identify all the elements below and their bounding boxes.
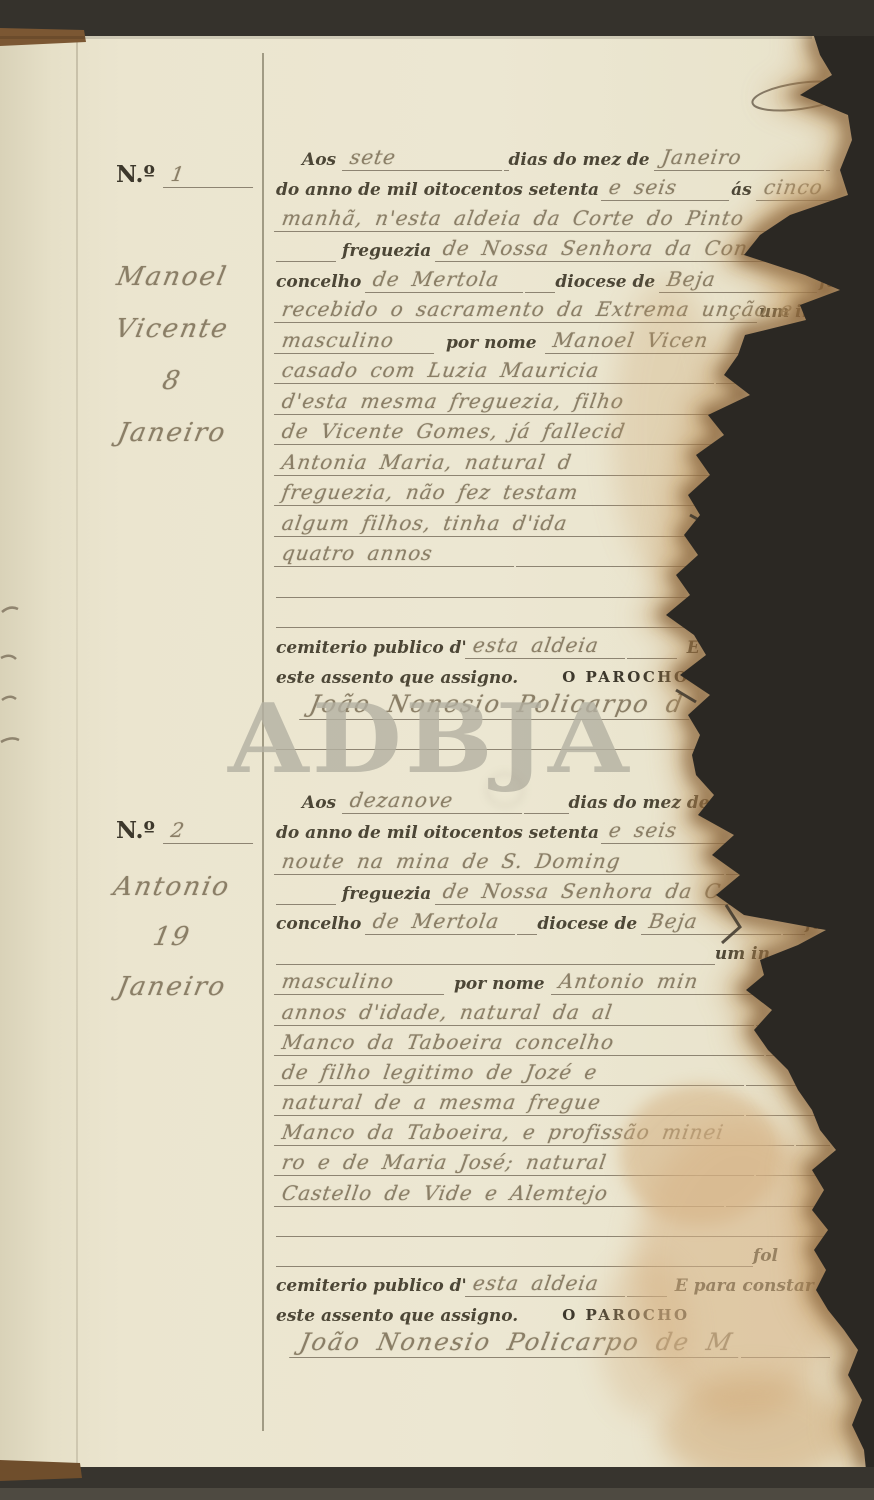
ruled-fill-line bbox=[716, 535, 830, 537]
margin-annotation-line: Antonio bbox=[75, 872, 265, 922]
record-line: algum filhos, tinha d'ida bbox=[276, 506, 830, 537]
handwritten-text: Manco da Taboeira concelho bbox=[274, 1030, 768, 1056]
handwritten-text: algum filhos, tinha d'ida bbox=[274, 511, 718, 537]
handwritten-text: manhã, n'esta aldeia da Corte do Pinto bbox=[274, 206, 808, 232]
handwritten-text: de Mertola bbox=[365, 909, 519, 935]
printed-form-text: um in bbox=[715, 944, 770, 965]
record-number-value: 2 bbox=[163, 818, 257, 844]
handwritten-text: de Nossa Senhora da Conceição bbox=[435, 236, 839, 262]
handwritten-text: annos d'idade, natural da al bbox=[274, 1000, 758, 1026]
scanned-register-page: N.º1ManoelVicente8Janeiro Aossetedias do… bbox=[0, 0, 874, 1500]
record-line: de filho legitimo de Jozé e bbox=[276, 1056, 830, 1086]
ruled-fill-line bbox=[627, 657, 677, 659]
handwritten-text: Manoel Vicen bbox=[545, 328, 809, 354]
margin-annotation-line: 19 bbox=[75, 922, 265, 972]
record-line: casado com Luzia Mauricia bbox=[276, 354, 830, 385]
ruled-fill-line bbox=[806, 230, 830, 232]
margin-annotation-line: Janeiro bbox=[75, 418, 265, 470]
record-line bbox=[276, 567, 830, 598]
ruled-fill-line bbox=[803, 993, 830, 995]
ruled-fill-line bbox=[746, 1084, 830, 1086]
printed-form-text: fol bbox=[753, 1246, 778, 1267]
scan-edge-texture bbox=[0, 1488, 874, 1500]
handwritten-text: freguezia, não fez testam bbox=[274, 480, 718, 506]
ruled-fill-line bbox=[692, 718, 830, 720]
record-1-body: Aossetedias do mez deJaneirodo anno de m… bbox=[276, 140, 830, 750]
ruled-fill-line bbox=[826, 169, 830, 171]
printed-form-text: do anno de mil oitocentos setenta bbox=[276, 180, 599, 201]
handwritten-text: de filho legitimo de Jozé e bbox=[274, 1060, 748, 1086]
record-line: do anno de mil oitocentos setentae seisá… bbox=[276, 814, 830, 844]
record-line: quatro annos bbox=[276, 537, 830, 568]
margin-column-record-2: N.º2Antonio19Janeiro bbox=[80, 808, 260, 1022]
ruled-fill-line bbox=[516, 565, 830, 567]
ruled-fill-line bbox=[276, 748, 830, 750]
record-line: cemiterio publico d'esta aldeiaE para bbox=[276, 628, 830, 659]
numero-label: N.º bbox=[116, 161, 155, 188]
printed-form-text: ás bbox=[763, 823, 784, 844]
printed-form-text: este assento que assigno. bbox=[276, 1306, 518, 1327]
ruled-fill-line bbox=[524, 812, 568, 814]
printed-form-text: concelho bbox=[276, 914, 361, 935]
printed-form-text: E para constar lavre bbox=[675, 1276, 867, 1297]
ruled-fill-line bbox=[807, 352, 830, 354]
record-line: fregueziade Nossa Senhora da Conceiç bbox=[276, 875, 830, 905]
printed-form-text: por nome bbox=[446, 333, 537, 354]
printed-form-text: freguezia bbox=[342, 241, 431, 262]
handwritten-text: Antonio min bbox=[551, 969, 805, 995]
margin-annotation-line: Vicente bbox=[75, 314, 265, 366]
record-line: fregueziade Nossa Senhora da Conceição bbox=[276, 232, 830, 263]
handwritten-text: quatro annos bbox=[274, 541, 518, 567]
ruled-fill-line bbox=[517, 933, 537, 935]
ruled-fill-line bbox=[786, 812, 830, 814]
handwritten-text: de Mertola bbox=[365, 267, 527, 293]
handwritten-text: cinco bbox=[756, 175, 874, 201]
record-line: um in bbox=[276, 935, 830, 965]
ruled-fill-line bbox=[525, 291, 555, 293]
record-line: masculinopor nomeManoel Vicen bbox=[276, 323, 830, 354]
numero-label: N.º bbox=[116, 817, 155, 844]
ruled-fill-line bbox=[716, 504, 830, 506]
handwritten-text: esta aldeia bbox=[465, 1271, 629, 1297]
handwritten-text: Beja bbox=[659, 267, 821, 293]
ruled-fill-line bbox=[276, 1265, 753, 1267]
printed-form-text: cemiterio publico d' bbox=[276, 638, 467, 659]
ruled-fill-line bbox=[756, 1174, 830, 1176]
margin-annotation-line: 8 bbox=[75, 366, 265, 418]
ruled-fill-line bbox=[276, 963, 715, 965]
record-2-body: Aosdezanovedias do mez deJado anno de mi… bbox=[276, 784, 830, 1358]
record-line: de Vicente Gomes, já fallecid bbox=[276, 415, 830, 446]
scan-background-bottom bbox=[0, 1467, 874, 1500]
handwritten-text: casado com Luzia Mauricia bbox=[274, 358, 718, 384]
ruled-fill-line bbox=[726, 413, 830, 415]
ruled-fill-line bbox=[726, 443, 830, 445]
printed-form-text: fal bbox=[805, 914, 830, 935]
margin-annotation: ManoelVicente8Janeiro bbox=[80, 262, 260, 470]
record-line: d'esta mesma freguezia, filho bbox=[276, 384, 830, 415]
printed-form-text: ás bbox=[731, 180, 752, 201]
record-line: do anno de mil oitocentos setentae seisá… bbox=[276, 171, 830, 202]
ruled-fill-line bbox=[746, 1114, 830, 1116]
record-line: ro e de Maria José; natural bbox=[276, 1146, 830, 1176]
printed-form-text: fall bbox=[819, 272, 850, 293]
record-line bbox=[276, 598, 830, 629]
ruled-fill-line bbox=[276, 1235, 830, 1237]
margin-annotation-line: Janeiro bbox=[75, 972, 265, 1022]
printed-form-text: diocese de bbox=[555, 272, 655, 293]
record-line: masculinopor nomeAntonio min bbox=[276, 965, 830, 995]
record-line: Castello de Vide e Alemtejo bbox=[276, 1176, 830, 1206]
ruled-fill-line bbox=[716, 474, 830, 476]
record-line: este assento que assigno.O PAROCHO bbox=[276, 1297, 830, 1327]
record-line: João Nonesio Policarpo d bbox=[276, 689, 830, 720]
handwritten-text: Castello de Vide e Alemtejo bbox=[274, 1181, 728, 1207]
ruled-fill-line bbox=[741, 1356, 830, 1358]
handwritten-text: d'esta mesma freguezia, filho bbox=[274, 389, 728, 415]
record-line: este assento que assigno.O PAROCHO bbox=[276, 659, 830, 690]
handwritten-text: Antonia Maria, natural d bbox=[274, 450, 718, 476]
ruled-fill-line bbox=[276, 596, 830, 598]
record-number: N.º2 bbox=[80, 808, 260, 844]
record-line: manhã, n'esta aldeia da Corte do Pinto bbox=[276, 201, 830, 232]
handwritten-text: Ja bbox=[714, 788, 788, 814]
printed-form-text: concelho bbox=[276, 272, 361, 293]
record-line: Aosdezanovedias do mez deJa bbox=[276, 784, 830, 814]
margin-annotation-line: Manoel bbox=[75, 262, 265, 314]
printed-form-text: Aos bbox=[302, 150, 336, 171]
ruled-fill-line bbox=[276, 626, 830, 628]
handwritten-text: de Nossa Senhora da Conceiç bbox=[435, 879, 839, 905]
printed-heading: O PAROCHO bbox=[562, 1306, 689, 1327]
handwritten-text: e seis bbox=[601, 175, 733, 201]
ruled-fill-line bbox=[731, 842, 763, 844]
printed-heading: O PAROCHO bbox=[562, 668, 689, 689]
record-line bbox=[276, 720, 830, 751]
record-line: freguezia, não fez testam bbox=[276, 476, 830, 507]
record-line: noute na mina de S. Doming bbox=[276, 844, 830, 874]
printed-form-text: E para bbox=[687, 638, 749, 659]
margin-column-record-1: N.º1ManoelVicente8Janeiro bbox=[80, 152, 260, 470]
record-line: natural de a mesma fregue bbox=[276, 1086, 830, 1116]
handwritten-text: ro e de Maria José; natural bbox=[274, 1150, 758, 1176]
scan-background-top bbox=[0, 0, 874, 36]
record-line: concelhode Mertoladiocese deBejafall bbox=[276, 262, 830, 293]
handwritten-signature: João Nonesio Policarpo de M bbox=[289, 1328, 744, 1358]
handwritten-signature: João Nonesio Policarpo d bbox=[299, 690, 694, 720]
handwritten-text: natural de a mesma fregue bbox=[274, 1090, 748, 1116]
handwritten-text: Janeiro bbox=[654, 145, 828, 171]
record-number-value: 1 bbox=[163, 162, 257, 188]
ruled-fill-line bbox=[276, 903, 336, 905]
record-line: fol bbox=[276, 1237, 830, 1267]
handwritten-text: esta aldeia bbox=[465, 633, 629, 659]
record-line: Manco da Taboeira, e profissão minei bbox=[276, 1116, 830, 1146]
record-line: Aossetedias do mez deJaneiro bbox=[276, 140, 830, 171]
ruled-fill-line bbox=[276, 260, 336, 262]
ruled-fill-line bbox=[790, 842, 830, 844]
printed-form-text: por nome bbox=[454, 974, 545, 995]
printed-form-text: do anno de mil oitocentos setenta bbox=[276, 823, 599, 844]
ruled-fill-line bbox=[726, 1205, 830, 1207]
ruled-fill-line bbox=[726, 873, 830, 875]
printed-form-text: freguezia bbox=[342, 884, 431, 905]
printed-form-text: Aos bbox=[302, 793, 336, 814]
printed-form-text: cemiterio publico d' bbox=[276, 1276, 467, 1297]
record-line: annos d'idade, natural da al bbox=[276, 995, 830, 1025]
ruled-fill-line bbox=[766, 1054, 830, 1056]
margin-annotation: Antonio19Janeiro bbox=[80, 872, 260, 1022]
handwritten-text: Manco da Taboeira, e profissão minei bbox=[274, 1120, 798, 1146]
record-line: cemiterio publico d'esta aldeiaE para co… bbox=[276, 1267, 830, 1297]
printed-form-text: dias do mez de bbox=[509, 150, 650, 171]
ruled-fill-line bbox=[796, 1144, 830, 1146]
margin-column-rule bbox=[262, 53, 264, 1431]
record-line: recebido o sacramento da Extrema unção e… bbox=[276, 293, 830, 324]
record-number: N.º1 bbox=[80, 152, 260, 188]
record-line: João Nonesio Policarpo de M bbox=[276, 1327, 830, 1357]
handwritten-text: sete bbox=[342, 145, 506, 171]
handwritten-text: de Vicente Gomes, já fallecid bbox=[274, 419, 728, 445]
handwritten-text: masculino bbox=[274, 969, 448, 995]
record-line bbox=[276, 1207, 830, 1237]
handwritten-text: Beja bbox=[641, 909, 785, 935]
record-line: Manco da Taboeira concelho bbox=[276, 1026, 830, 1056]
printed-form-text: dias do mez de bbox=[569, 793, 710, 814]
page-fold-crease bbox=[76, 35, 78, 1467]
printed-form-text: diocese de bbox=[537, 914, 637, 935]
ruled-fill-line bbox=[627, 1295, 667, 1297]
handwritten-text: e seis bbox=[601, 818, 733, 844]
handwritten-text: noute na mina de S. Doming bbox=[274, 849, 728, 875]
ruled-fill-line bbox=[756, 1024, 830, 1026]
ruled-fill-line bbox=[783, 933, 805, 935]
printed-form-text: este assento que assigno. bbox=[276, 668, 518, 689]
ruled-fill-line bbox=[748, 657, 830, 659]
handwritten-text: masculino bbox=[274, 328, 438, 354]
ruled-fill-line bbox=[716, 382, 830, 384]
handwritten-text: recebido o sacramento da Extrema unção e… bbox=[274, 297, 761, 323]
record-line: concelhode Mertoladiocese deBejafal bbox=[276, 905, 830, 935]
handwritten-text: dezanove bbox=[342, 788, 526, 814]
record-line: Antonia Maria, natural d bbox=[276, 445, 830, 476]
